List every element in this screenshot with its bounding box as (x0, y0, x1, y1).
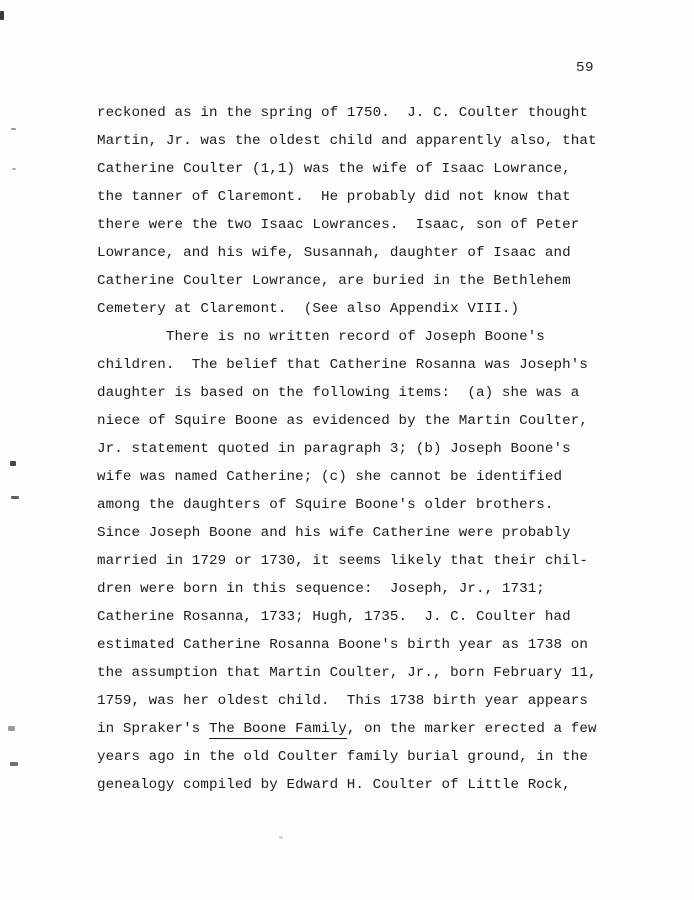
text-line: niece of Squire Boone as evidenced by th… (97, 407, 617, 435)
margin-pencil-mark (11, 496, 19, 499)
text-line: Jr. statement quoted in paragraph 3; (b)… (97, 435, 617, 463)
text-line: Catherine Coulter (1,1) was the wife of … (97, 155, 617, 183)
text-line: estimated Catherine Rosanna Boone's birt… (97, 631, 617, 659)
text-line: reckoned as in the spring of 1750. J. C.… (97, 99, 617, 127)
document-page: 59 reckoned as in the spring of 1750. J.… (0, 0, 694, 900)
scan-artifact-corner (0, 11, 4, 20)
margin-pencil-mark (11, 128, 16, 130)
text-segment: in Spraker's (97, 721, 209, 737)
text-line: Catherine Coulter Lowrance, are buried i… (97, 267, 617, 295)
text-line: Catherine Rosanna, 1733; Hugh, 1735. J. … (97, 603, 617, 631)
text-line: Since Joseph Boone and his wife Catherin… (97, 519, 617, 547)
text-line: children. The belief that Catherine Rosa… (97, 351, 617, 379)
text-line: the assumption that Martin Coulter, Jr.,… (97, 659, 617, 687)
text-line: married in 1729 or 1730, it seems likely… (97, 547, 617, 575)
text-line: Cemetery at Claremont. (See also Appendi… (97, 295, 617, 323)
margin-pencil-mark (10, 461, 16, 466)
text-line: dren were born in this sequence: Joseph,… (97, 575, 617, 603)
text-line: Lowrance, and his wife, Susannah, daught… (97, 239, 617, 267)
margin-pencil-mark (10, 762, 18, 766)
text-line: 1759, was her oldest child. This 1738 bi… (97, 687, 617, 715)
text-line: years ago in the old Coulter family buri… (97, 743, 617, 771)
margin-pencil-mark (8, 726, 15, 731)
text-line: there were the two Isaac Lowrances. Isaa… (97, 211, 617, 239)
text-line-with-book-title: in Spraker's The Boone Family, on the ma… (97, 715, 617, 743)
text-line paragraph-start: There is no written record of Joseph Boo… (97, 323, 617, 351)
text-line: genealogy compiled by Edward H. Coulter … (97, 771, 617, 799)
text-line: the tanner of Claremont. He probably did… (97, 183, 617, 211)
text-line: among the daughters of Squire Boone's ol… (97, 491, 617, 519)
text-line: daughter is based on the following items… (97, 379, 617, 407)
page-number: 59 (576, 60, 594, 76)
text-line: Martin, Jr. was the oldest child and app… (97, 127, 617, 155)
scan-artifact-speck (279, 836, 283, 839)
text-segment: , on the marker erected a few (347, 721, 597, 737)
book-title-underlined: The Boone Family (209, 721, 347, 739)
text-line: wife was named Catherine; (c) she cannot… (97, 463, 617, 491)
document-body: reckoned as in the spring of 1750. J. C.… (97, 99, 617, 799)
margin-pencil-mark (12, 168, 16, 170)
